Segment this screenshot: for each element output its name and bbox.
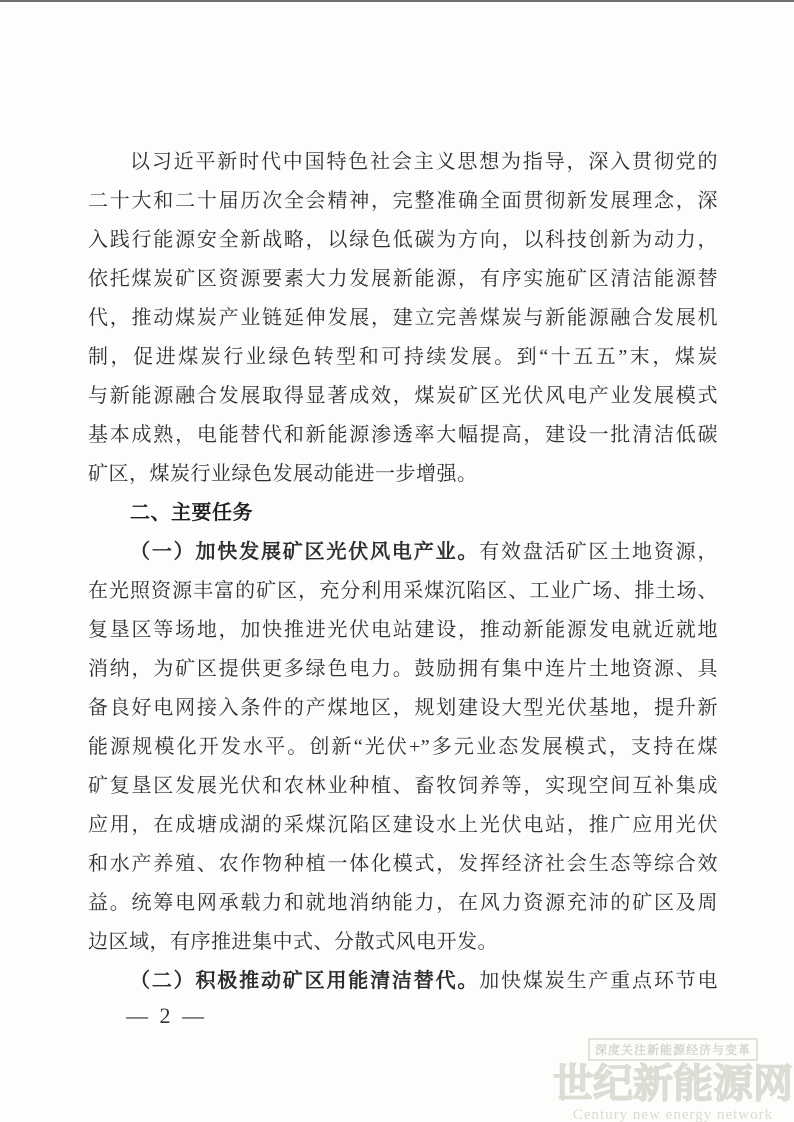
document-body: 以习近平新时代中国特色社会主义思想为指导，深入贯彻党的二十大和二十届历次全会精神… [88, 143, 718, 1001]
text-line: 消纳，为矿区提供更多绿色电力。鼓励拥有集中连片土地资源、具 [88, 650, 718, 689]
watermark-brand-english: Century new energy network [552, 1107, 794, 1122]
text-segment: 在光照资源丰富的矿区，充分利用采煤沉陷区、工业广场、排土场、 [88, 580, 718, 602]
text-segment: 与新能源融合发展取得显著成效，煤炭矿区光伏风电产业发展模式 [88, 385, 718, 407]
text-segment: 入践行能源安全新战略，以绿色低碳为方向，以科技创新为动力， [88, 229, 718, 251]
text-segment: 制，促进煤炭行业绿色转型和可持续发展。到“十五五”末，煤炭 [88, 346, 718, 368]
section-heading: 二、主要任务 [88, 494, 718, 533]
bold-text-segment: 二、主要任务 [130, 502, 253, 524]
text-segment: 和水产养殖、农作物种植一体化模式，发挥经济社会生态等综合效 [88, 853, 718, 875]
text-line: 在光照资源丰富的矿区，充分利用采煤沉陷区、工业广场、排土场、 [88, 572, 718, 611]
text-segment: 以习近平新时代中国特色社会主义思想为指导，深入贯彻党的 [130, 151, 718, 173]
text-line: 依托煤炭矿区资源要素大力发展新能源，有序实施矿区清洁能源替 [88, 260, 718, 299]
watermark-tagline: 深度关注新能源经济与变革 [588, 1038, 758, 1061]
text-segment: 复垦区等场地，加快推进光伏电站建设，推动新能源发电就近就地 [88, 619, 718, 641]
text-segment: 依托煤炭矿区资源要素大力发展新能源，有序实施矿区清洁能源替 [88, 268, 718, 290]
bold-text-segment: （一）加快发展矿区光伏风电产业。 [130, 541, 479, 563]
text-line: 代，推动煤炭产业链延伸发展，建立完善煤炭与新能源融合发展机 [88, 299, 718, 338]
text-line: （一）加快发展矿区光伏风电产业。有效盘活矿区土地资源， [88, 533, 718, 572]
text-segment: 有效盘活矿区土地资源， [479, 541, 718, 563]
watermark: 深度关注新能源经济与变革 世纪新能源网 Century new energy n… [552, 1038, 794, 1122]
bold-text-segment: （二）积极推动矿区用能清洁替代。 [130, 970, 479, 992]
text-segment: 边区域，有序推进集中式、分散式风电开发。 [88, 931, 498, 953]
text-segment: 能源规模化开发水平。创新“光伏+”多元业态发展模式，支持在煤 [88, 736, 718, 758]
text-line: 能源规模化开发水平。创新“光伏+”多元业态发展模式，支持在煤 [88, 728, 718, 767]
text-segment: 代，推动煤炭产业链延伸发展，建立完善煤炭与新能源融合发展机 [88, 307, 718, 329]
text-line: 备良好电网接入条件的产煤地区，规划建设大型光伏基地，提升新 [88, 689, 718, 728]
text-line: 基本成熟，电能替代和新能源渗透率大幅提高，建设一批清洁低碳 [88, 416, 718, 455]
text-segment: 加快煤炭生产重点环节电 [479, 970, 718, 992]
text-line: 与新能源融合发展取得显著成效，煤炭矿区光伏风电产业发展模式 [88, 377, 718, 416]
text-line: 应用，在成塘成湖的采煤沉陷区建设水上光伏电站，推广应用光伏 [88, 806, 718, 845]
text-line: 矿复垦区发展光伏和农林业种植、畜牧饲养等，实现空间互补集成 [88, 767, 718, 806]
text-line: 边区域，有序推进集中式、分散式风电开发。 [88, 923, 718, 962]
text-line: （二）积极推动矿区用能清洁替代。加快煤炭生产重点环节电 [88, 962, 718, 1001]
text-segment: 消纳，为矿区提供更多绿色电力。鼓励拥有集中连片土地资源、具 [88, 658, 718, 680]
scan-edge-artifact [0, 0, 794, 2]
text-segment: 矿区，煤炭行业绿色发展动能进一步增强。 [88, 463, 478, 485]
watermark-brand: 世纪新能源网 [552, 1062, 794, 1106]
text-line: 入践行能源安全新战略，以绿色低碳为方向，以科技创新为动力， [88, 221, 718, 260]
text-segment: 备良好电网接入条件的产煤地区，规划建设大型光伏基地，提升新 [88, 697, 718, 719]
text-segment: 基本成熟，电能替代和新能源渗透率大幅提高，建设一批清洁低碳 [88, 424, 718, 446]
text-line: 以习近平新时代中国特色社会主义思想为指导，深入贯彻党的 [88, 143, 718, 182]
text-line: 和水产养殖、农作物种植一体化模式，发挥经济社会生态等综合效 [88, 845, 718, 884]
document-page: 以习近平新时代中国特色社会主义思想为指导，深入贯彻党的二十大和二十届历次全会精神… [0, 0, 794, 1122]
text-segment: 应用，在成塘成湖的采煤沉陷区建设水上光伏电站，推广应用光伏 [88, 814, 718, 836]
text-line: 益。统筹电网承载力和就地消纳能力，在风力资源充沛的矿区及周 [88, 884, 718, 923]
text-line: 制，促进煤炭行业绿色转型和可持续发展。到“十五五”末，煤炭 [88, 338, 718, 377]
page-number: — 2 — [126, 1001, 207, 1031]
text-line: 二十大和二十届历次全会精神，完整准确全面贯彻新发展理念，深 [88, 182, 718, 221]
text-line: 矿区，煤炭行业绿色发展动能进一步增强。 [88, 455, 718, 494]
text-segment: 益。统筹电网承载力和就地消纳能力，在风力资源充沛的矿区及周 [88, 892, 718, 914]
text-segment: 二十大和二十届历次全会精神，完整准确全面贯彻新发展理念，深 [88, 190, 718, 212]
text-segment: 矿复垦区发展光伏和农林业种植、畜牧饲养等，实现空间互补集成 [88, 775, 718, 797]
text-line: 复垦区等场地，加快推进光伏电站建设，推动新能源发电就近就地 [88, 611, 718, 650]
